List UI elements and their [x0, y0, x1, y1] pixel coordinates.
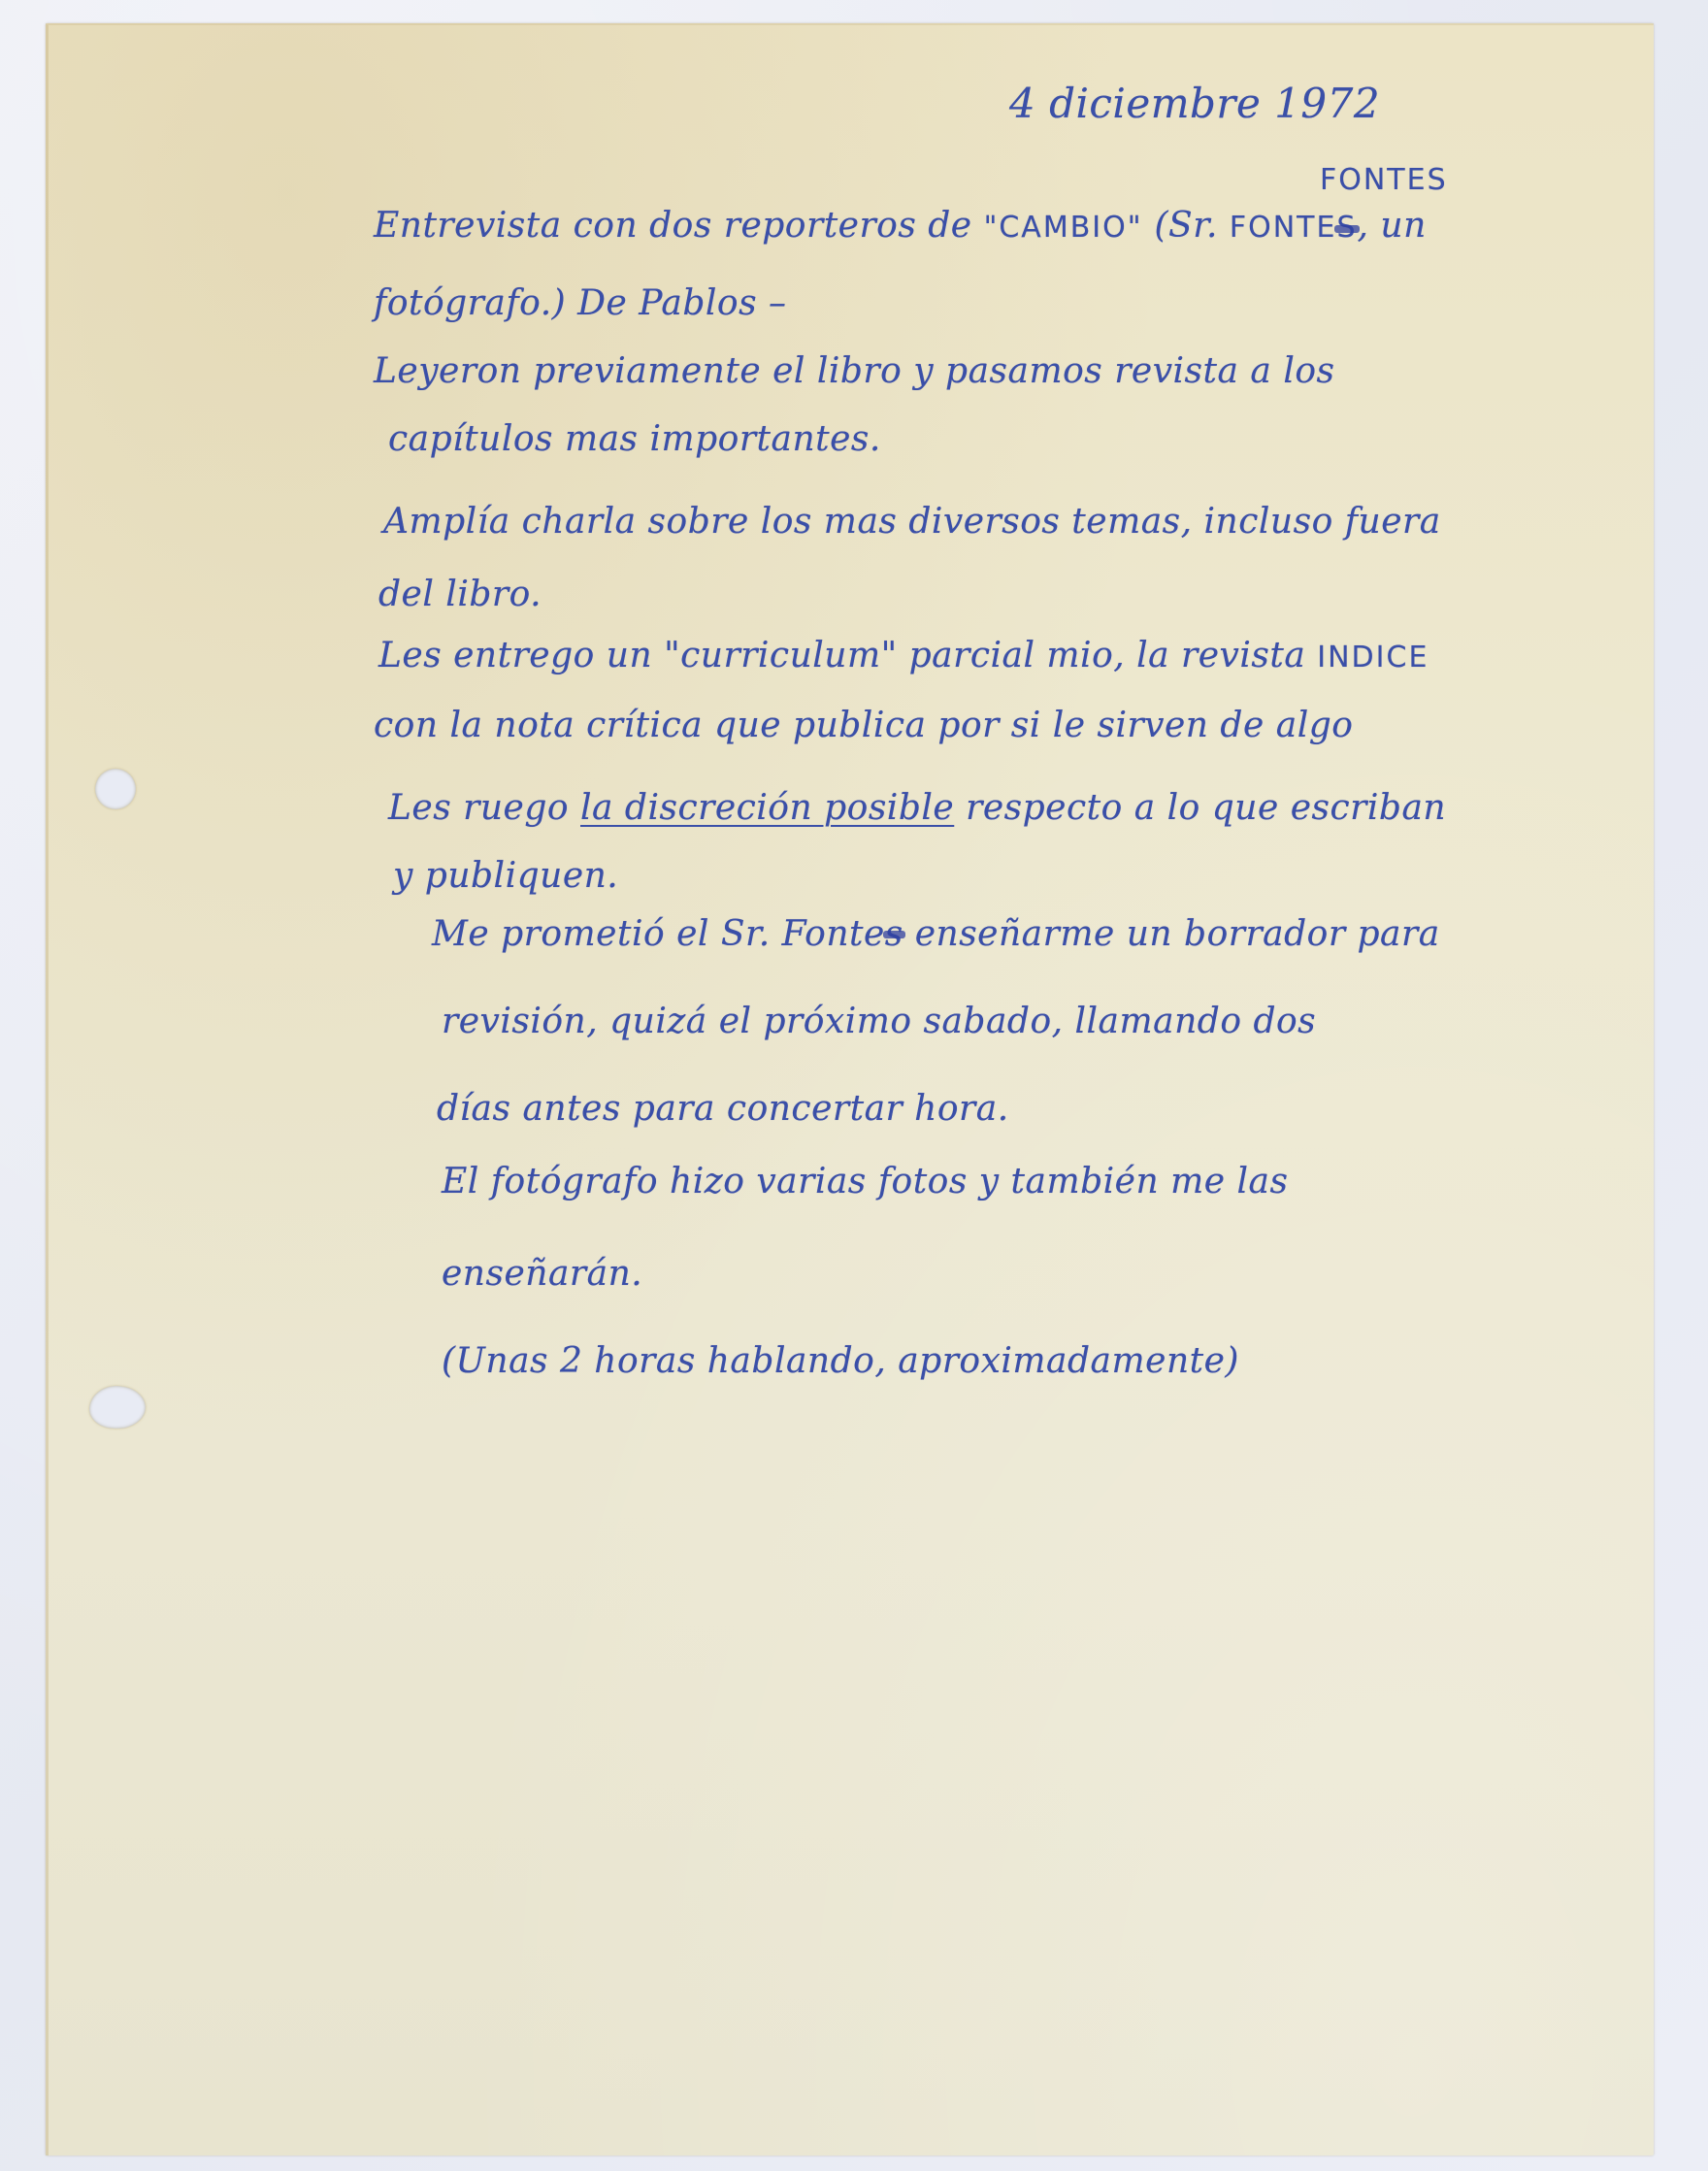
- line-7-part-1: Les entrego un "curriculum" parcial mio,…: [378, 636, 1317, 675]
- text-line-3: Leyeron previamente el libro y pasamos r…: [374, 354, 1334, 389]
- line-9-part-3: respecto a lo que escriban: [954, 788, 1446, 828]
- text-line-12: revisión, quizá el próximo sabado, llama…: [442, 1004, 1316, 1039]
- punch-hole-top: [95, 769, 136, 809]
- document-date: 4 diciembre 1972: [1009, 80, 1380, 127]
- line-11-part-1: Me prometió el Sr. Fonte: [432, 914, 885, 954]
- text-line-14: El fotógrafo hizo varias fotos y también…: [442, 1165, 1288, 1200]
- line-11-part-3: enseñarme un borrador para: [903, 914, 1440, 954]
- struck-letter-2: s: [885, 917, 903, 952]
- text-line-11: Me prometió el Sr. Fontes enseñarme un b…: [432, 917, 1440, 952]
- text-line-9: Les ruego la discreción posible respecto…: [388, 791, 1446, 826]
- text-line-15: enseñarán.: [442, 1257, 642, 1292]
- text-line-13: días antes para concertar hora.: [437, 1092, 1009, 1127]
- line-1-part-6: , un: [1358, 206, 1427, 246]
- text-line-16-parenthetical: (Unas 2 horas hablando, aproximadamente): [442, 1344, 1239, 1379]
- line-1-part-3: (Sr.: [1143, 206, 1230, 246]
- line-1-part-1: Entrevista con dos reporteros de: [374, 206, 984, 246]
- text-line-5: Amplía charla sobre los mas diversos tem…: [383, 505, 1441, 540]
- text-line-6: del libro.: [378, 577, 542, 612]
- text-line-10: y publiquen.: [393, 859, 618, 894]
- annotation-fontes: FONTES: [1320, 163, 1448, 197]
- text-line-1: Entrevista con dos reporteros de "CAMBIO…: [374, 209, 1427, 244]
- text-line-7: Les entrego un "curriculum" parcial mio,…: [378, 639, 1429, 674]
- struck-letter: S: [1336, 214, 1357, 243]
- text-line-2: fotógrafo.) De Pablos –: [374, 286, 786, 321]
- underlined-phrase: la discreción posible: [580, 788, 954, 828]
- text-line-8: con la nota crítica que publica por si l…: [374, 708, 1353, 743]
- text-line-4: capítulos mas importantes.: [388, 422, 881, 457]
- line-9-part-1: Les ruego: [388, 788, 580, 828]
- magazine-name-cambio: "CAMBIO": [984, 211, 1143, 245]
- reporter-name-fontes: FONTE: [1230, 211, 1337, 245]
- punch-hole-bottom-torn: [89, 1386, 146, 1429]
- magazine-name-indice: INDICE: [1317, 641, 1429, 674]
